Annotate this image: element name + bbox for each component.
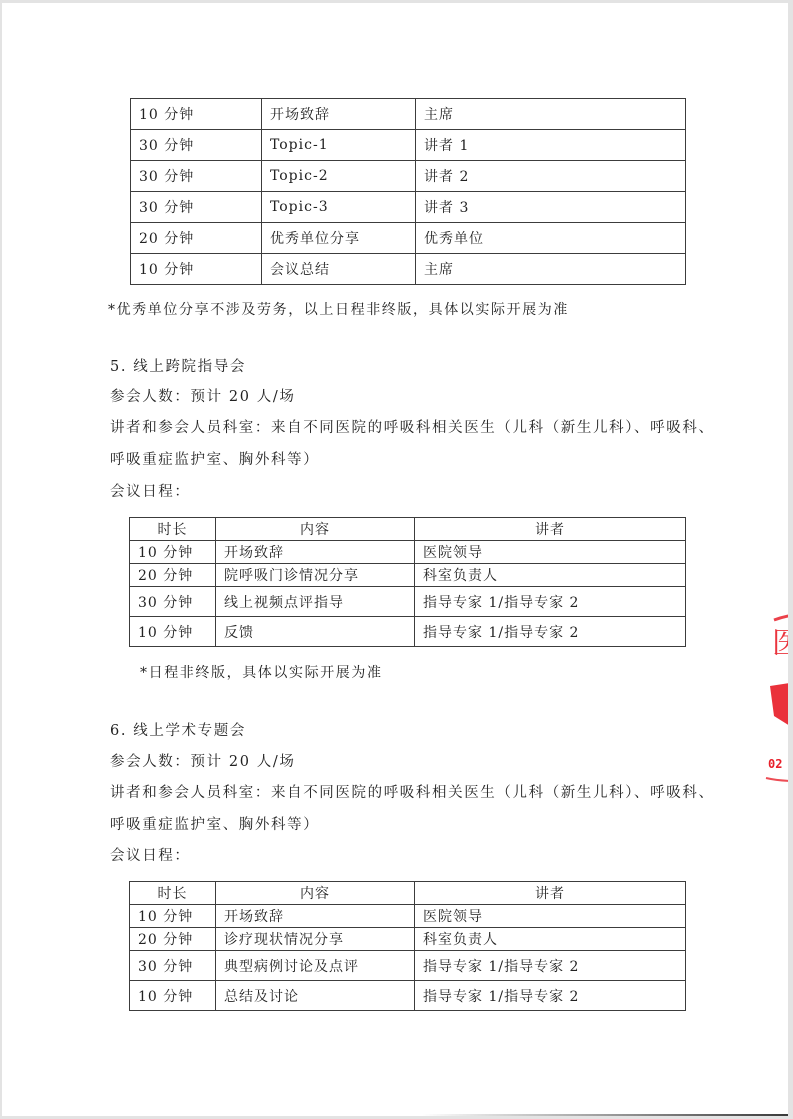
speaker-cell: 医院领导	[415, 541, 686, 564]
duration-cell: 20 分钟	[130, 928, 216, 951]
content-cell: 开场致辞	[262, 99, 416, 130]
table-header-row: 时长 内容 讲者	[130, 882, 686, 905]
content-cell: 诊疗现状情况分享	[216, 928, 415, 951]
duration-cell: 20 分钟	[131, 223, 262, 254]
table-row: 10 分钟 反馈 指导专家 1/指导专家 2	[130, 617, 686, 647]
content-cell: 反馈	[216, 617, 415, 647]
table-row: 20 分钟 优秀单位分享 优秀单位	[131, 223, 686, 254]
content-cell: 开场致辞	[216, 905, 415, 928]
table-row: 30 分钟 线上视频点评指导 指导专家 1/指导专家 2	[130, 587, 686, 617]
table-row: 10 分钟 开场致辞 医院领导	[130, 541, 686, 564]
content-cell: 线上视频点评指导	[216, 587, 415, 617]
section6-attendance: 参会人数：预计 20 人/场	[110, 752, 295, 772]
content-cell: Topic-2	[262, 161, 416, 192]
speaker-cell: 主席	[416, 99, 686, 130]
content-cell: Topic-3	[262, 192, 416, 223]
speaker-cell: 讲者 2	[416, 161, 686, 192]
speaker-cell: 指导专家 1/指导专家 2	[415, 981, 686, 1011]
content-cell: 典型病例讨论及点评	[216, 951, 415, 981]
speaker-cell: 医院领导	[415, 905, 686, 928]
seal-icon: 医 02	[762, 608, 788, 788]
section6-departments-line2: 呼吸重症监护室、胸外科等）	[110, 815, 319, 835]
table-row: 10 分钟 会议总结 主席	[131, 254, 686, 285]
content-cell: 开场致辞	[216, 541, 415, 564]
speaker-cell: 科室负责人	[415, 928, 686, 951]
content-cell: Topic-1	[262, 130, 416, 161]
table-row: 30 分钟 Topic-3 讲者 3	[131, 192, 686, 223]
table-row: 30 分钟 Topic-2 讲者 2	[131, 161, 686, 192]
header-content: 内容	[216, 518, 415, 541]
svg-text:医: 医	[772, 626, 788, 661]
table-row: 10 分钟 开场致辞 主席	[131, 99, 686, 130]
document-page: 10 分钟 开场致辞 主席 30 分钟 Topic-1 讲者 1 30 分钟 T…	[2, 3, 788, 1116]
duration-cell: 10 分钟	[131, 99, 262, 130]
table1-footnote: *优秀单位分享不涉及劳务，以上日程非终版，具体以实际开展为准	[108, 299, 569, 319]
section5-schedule-label: 会议日程：	[110, 482, 191, 502]
table-row: 20 分钟 院呼吸门诊情况分享 科室负责人	[130, 564, 686, 587]
speaker-cell: 主席	[416, 254, 686, 285]
section5-schedule-table: 时长 内容 讲者 10 分钟 开场致辞 医院领导 20 分钟 院呼吸门诊情况分享…	[129, 517, 686, 647]
duration-cell: 10 分钟	[130, 541, 216, 564]
table-row: 20 分钟 诊疗现状情况分享 科室负责人	[130, 928, 686, 951]
svg-text:02: 02	[768, 757, 782, 771]
speaker-cell: 指导专家 1/指导专家 2	[415, 951, 686, 981]
duration-cell: 30 分钟	[131, 161, 262, 192]
header-speaker: 讲者	[415, 882, 686, 905]
content-cell: 总结及讨论	[216, 981, 415, 1011]
header-duration: 时长	[130, 882, 216, 905]
duration-cell: 10 分钟	[130, 981, 216, 1011]
speaker-cell: 指导专家 1/指导专家 2	[415, 587, 686, 617]
content-cell: 优秀单位分享	[262, 223, 416, 254]
schedule-table-continued: 10 分钟 开场致辞 主席 30 分钟 Topic-1 讲者 1 30 分钟 T…	[130, 98, 686, 285]
speaker-cell: 讲者 3	[416, 192, 686, 223]
header-duration: 时长	[130, 518, 216, 541]
header-content: 内容	[216, 882, 415, 905]
section5-attendance: 参会人数：预计 20 人/场	[110, 387, 295, 407]
duration-cell: 10 分钟	[130, 905, 216, 928]
speaker-cell: 指导专家 1/指导专家 2	[415, 617, 686, 647]
duration-cell: 30 分钟	[130, 951, 216, 981]
section6-heading: 6. 线上学术专题会	[110, 721, 246, 741]
table-header-row: 时长 内容 讲者	[130, 518, 686, 541]
content-cell: 院呼吸门诊情况分享	[216, 564, 415, 587]
section5-heading: 5. 线上跨院指导会	[110, 357, 246, 377]
speaker-cell: 科室负责人	[415, 564, 686, 587]
table-row: 10 分钟 总结及讨论 指导专家 1/指导专家 2	[130, 981, 686, 1011]
speaker-cell: 优秀单位	[416, 223, 686, 254]
duration-cell: 30 分钟	[130, 587, 216, 617]
table-row: 10 分钟 开场致辞 医院领导	[130, 905, 686, 928]
duration-cell: 10 分钟	[131, 254, 262, 285]
section5-departments-line2: 呼吸重症监护室、胸外科等）	[110, 450, 319, 470]
duration-cell: 30 分钟	[131, 192, 262, 223]
section6-schedule-table: 时长 内容 讲者 10 分钟 开场致辞 医院领导 20 分钟 诊疗现状情况分享 …	[129, 881, 686, 1011]
duration-cell: 10 分钟	[130, 617, 216, 647]
section5-departments-line1: 讲者和参会人员科室：来自不同医院的呼吸科相关医生（儿科（新生儿科）、呼吸科、	[110, 418, 715, 438]
header-speaker: 讲者	[415, 518, 686, 541]
section6-schedule-label: 会议日程：	[110, 846, 191, 866]
table-row: 30 分钟 典型病例讨论及点评 指导专家 1/指导专家 2	[130, 951, 686, 981]
duration-cell: 30 分钟	[131, 130, 262, 161]
duration-cell: 20 分钟	[130, 564, 216, 587]
speaker-cell: 讲者 1	[416, 130, 686, 161]
section6-departments-line1: 讲者和参会人员科室：来自不同医院的呼吸科相关医生（儿科（新生儿科）、呼吸科、	[110, 783, 715, 803]
content-cell: 会议总结	[262, 254, 416, 285]
official-seal-stamp: 医 02	[762, 608, 788, 788]
table-row: 30 分钟 Topic-1 讲者 1	[131, 130, 686, 161]
section5-footnote: *日程非终版，具体以实际开展为准	[140, 662, 383, 682]
